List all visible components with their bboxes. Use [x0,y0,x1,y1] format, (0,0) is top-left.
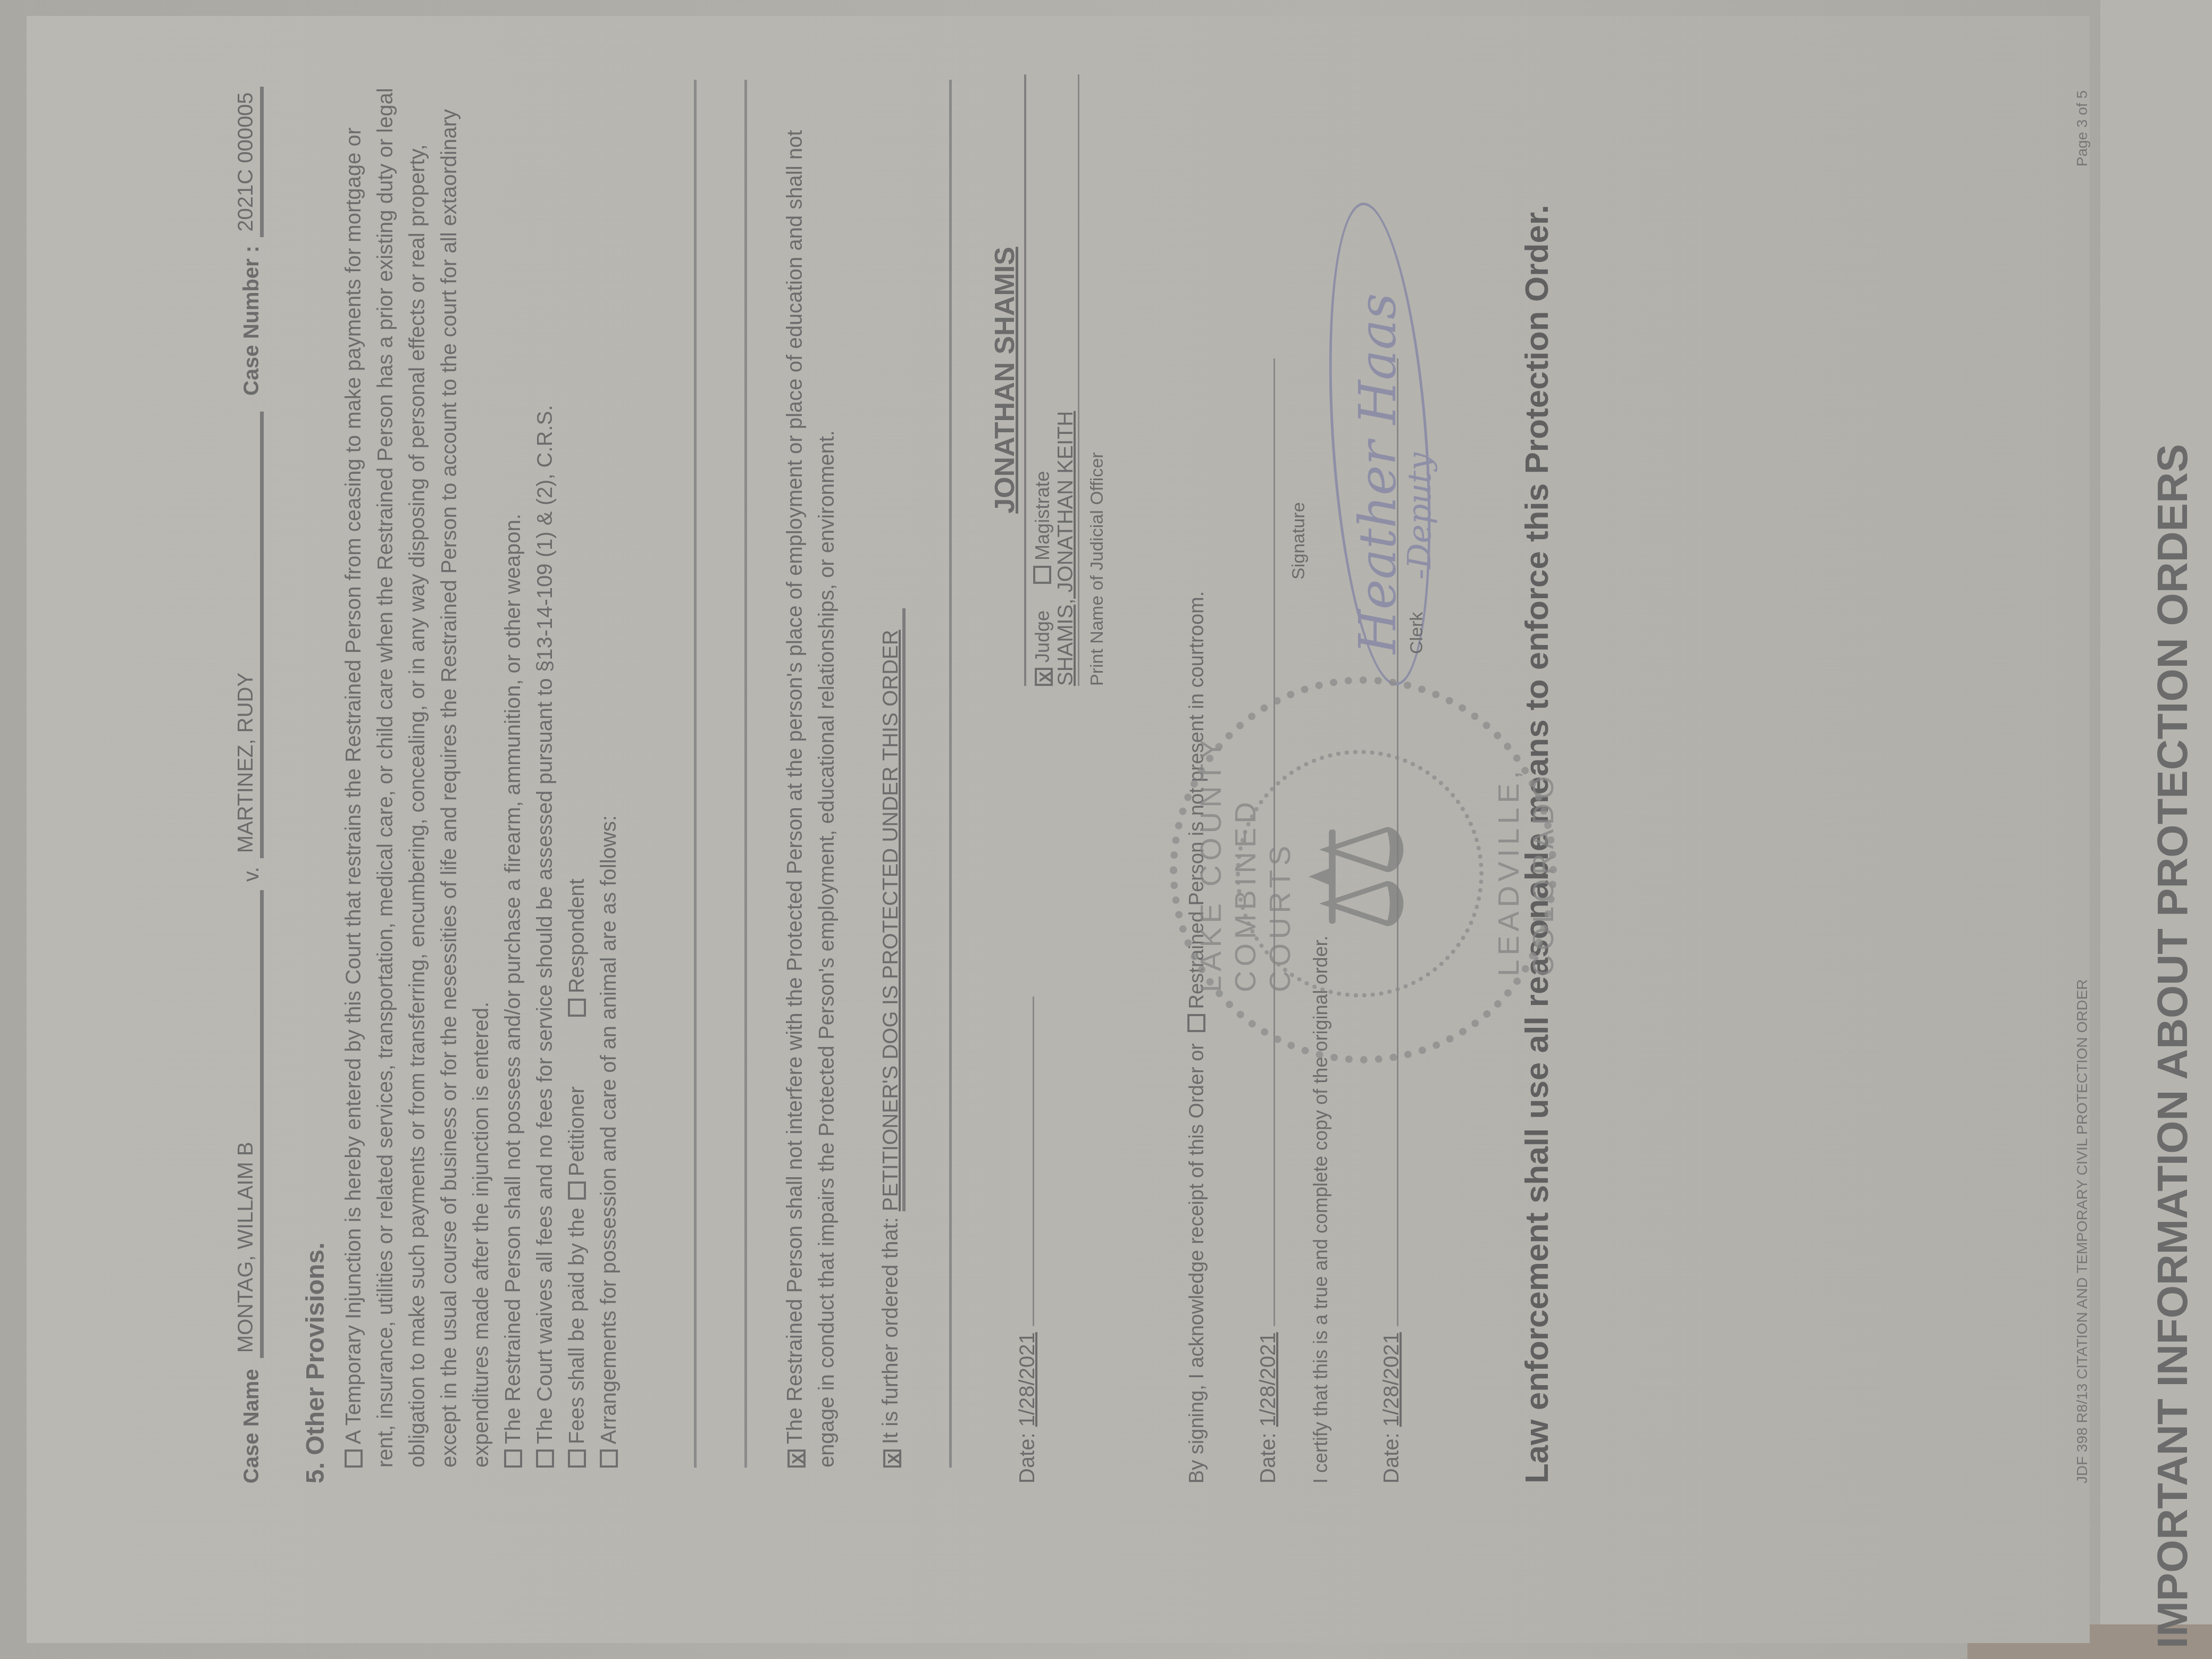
scales-of-justice-icon: ⚖ [1284,819,1432,934]
case-number-label: Case Number : [240,246,264,396]
next-page-heading: IMPORTANT INFORMATION ABOUT PROTECTION O… [2148,444,2197,1648]
page-number: Page 3 of 5 [2074,90,2091,166]
case-number: 2021C 000005 [234,87,264,237]
checkbox-respondent[interactable] [568,999,586,1017]
checkbox-fee-waiver[interactable] [536,1449,554,1468]
checkbox-judge[interactable]: X [1035,668,1053,686]
checkbox-petitioner[interactable] [568,1182,586,1200]
further-ordered-value: PETITIONER'S DOG IS PROTECTED UNDER THIS… [879,608,906,1211]
provision-employment: XThe Restrained Person shall not interfe… [779,80,843,1468]
blank-line [744,80,747,1468]
respondent-name: MARTINEZ, RUDY [234,412,264,858]
provision-animal: Arrangements for possession and care of … [593,80,625,1468]
print-name-label: Print Name of Judicial Officer [1087,74,1108,686]
checkbox-animal[interactable] [600,1449,618,1468]
checkbox-restrained-not-present[interactable] [1187,1014,1205,1032]
versus-label: v. [240,867,264,882]
form-id: JDF 398 R8/13 CITATION AND TEMPORARY CIV… [2074,979,2091,1484]
blank-line [694,80,697,1468]
provision-further-ordered: XIt is further ordered that: PETITIONER'… [875,80,907,1468]
checkbox-magistrate[interactable] [1033,566,1051,584]
provision-temporary-injunction: A Temporary Injunction is hereby entered… [338,80,497,1468]
clerk-title: Clerk [1406,612,1427,654]
checkbox-fees-paid[interactable] [568,1449,586,1468]
section-5-title: 5. Other Provisions. [301,80,330,1484]
signature-label: Signature [1288,502,1309,580]
provision-fees-paid-by: Fees shall be paid by the Petitioner Res… [561,80,593,1468]
case-name-label: Case Name [240,1369,264,1484]
checkbox-further-ordered[interactable]: X [883,1449,901,1468]
document-page: Case Name MONTAG, WILLAIM B v. MARTINEZ,… [27,16,2090,1643]
court-seal: LAKE COUNTY COMBINED COURTS LEADVILLE, C… [1170,676,1557,1063]
blank-line [949,80,952,1468]
case-header: Case Name MONTAG, WILLAIM B v. MARTINEZ,… [234,80,264,1484]
provision-firearm: The Restrained Person shall not possess … [497,80,529,1468]
checkbox-temporary-injunction[interactable] [345,1449,363,1468]
checkbox-employment[interactable]: X [787,1449,806,1468]
deputy-note: -Deputy [1401,453,1438,580]
checkbox-firearm[interactable] [504,1449,522,1468]
provision-fee-waiver: The Court waives all fees and no fees fo… [529,80,561,1468]
petitioner-name: MONTAG, WILLAIM B [234,890,264,1358]
judicial-date: Date: 1/28/2021 [1016,996,1040,1484]
judicial-officer: JONATHAN SHAMIS XJudge Magistrate SHAMIS… [989,74,1108,686]
judge-signature-name: JONATHAN SHAMIS [989,74,1021,686]
judicial-signature-block: Date: 1/28/2021 JONATHAN SHAMIS XJudge M… [984,80,1175,1484]
judge-print-name: SHAMIS, JONATHAN KEITH [1054,74,1079,686]
